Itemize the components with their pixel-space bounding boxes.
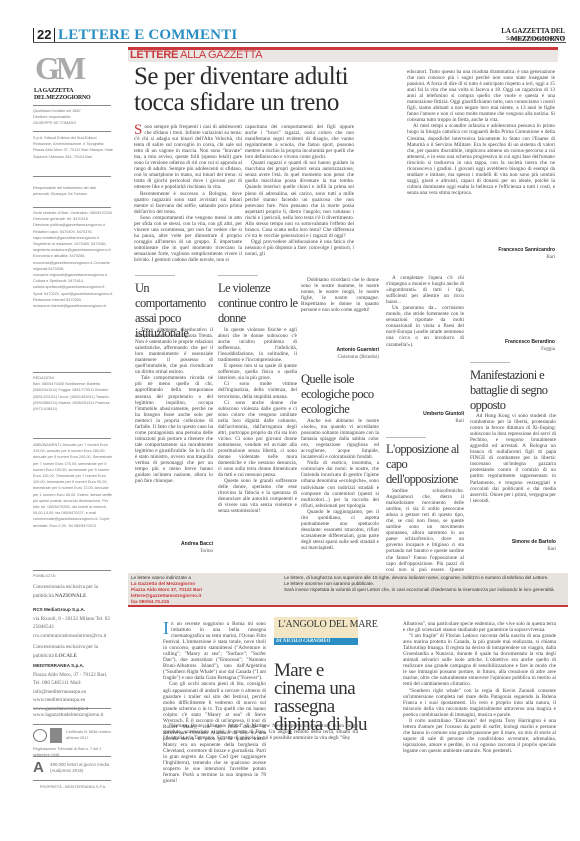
paragraph: "I am fragile" di Florian Ledoux raccont… — [403, 633, 556, 687]
subscriptions-info: ABBONAMENTI: Annuale per 7 numeri Euro 3… — [33, 442, 113, 529]
owner-info: PROPRIETÀ : MEDITERRANEA S.P.A. — [33, 784, 113, 790]
main-letter-col-2: capacitano dei comportamenti dei figli o… — [245, 124, 354, 257]
logo-name: LA GAZZETTA DEL MEZZOGIORNO — [34, 88, 94, 101]
mediterranea-name: MEDITERRANEA S.p.A. — [33, 662, 115, 671]
certificate-info: Certificato N. 8636 relativo all'anno 20… — [66, 729, 116, 741]
paragraph: Ad Hong Kong vi sono studenti che combat… — [470, 413, 556, 504]
paragraph: Queste sono le grandi sofferenze delle d… — [218, 478, 297, 514]
paragraph: Oggi provvedere all'educazione è una fat… — [245, 239, 354, 257]
advertising-national: Concessionaria esclusiva per la pubblici… — [33, 583, 115, 600]
paragraph: Ai miei tempi a scandire infanzia e adol… — [407, 123, 555, 196]
rcs-name: RCS MediaGroup S.p.A. — [33, 606, 115, 615]
letter-5-body: Ad Hong Kong vi sono studenti che combat… — [470, 413, 556, 504]
author-city: Foggia — [470, 346, 555, 353]
privacy-info: Responsabile del trattamento dei dati pe… — [33, 185, 113, 197]
paragraph: ono sempre più frequenti i casi di adole… — [134, 124, 242, 190]
author-name: Francesco Sannicandro — [440, 247, 555, 254]
letters-address: Le lettere vanno indirizzate a La Gazzet… — [131, 575, 202, 605]
rule-privacy: Sarà invece rispettata la volontà di que… — [284, 587, 564, 593]
contacts-info: Sede centrale di Bari: Centralino: 080/5… — [33, 210, 113, 309]
kicker-bold: LETTERE — [130, 49, 178, 61]
letter-1-body: Trovo altamente diseducativo il comporta… — [135, 327, 213, 484]
divider — [218, 275, 258, 276]
letter-3-body-cont: A completare l'opera c'è chi s'impegna a… — [386, 275, 464, 348]
header-rule — [33, 42, 566, 43]
certificate-seal-icon — [33, 729, 47, 742]
kicker: LETTERE ALLA GAZZETTA — [130, 49, 262, 61]
advertising-title: PUBBLICITÀ: — [33, 573, 113, 579]
readership-info: 490.000 lettori al giorno media (Audipre… — [50, 762, 115, 774]
divider — [33, 105, 111, 106]
divider — [135, 275, 175, 276]
divider — [386, 437, 426, 438]
letters-rules: Le lettere, di lunghezza non superiore a… — [284, 575, 564, 593]
divider — [33, 176, 111, 177]
main-letter-col-1: S ono sempre più frequenti i casi di ado… — [134, 124, 242, 263]
divider — [33, 372, 111, 373]
logo-letters: GM — [35, 52, 82, 84]
paragraph: Nulla di esotico, insomma, a cominciare … — [301, 460, 379, 508]
audipress-logo-icon: A — [33, 760, 44, 775]
divider — [33, 438, 111, 439]
author-name: Antonio Guarnieri — [301, 347, 379, 354]
author-city: Cisternino (Brindisi) — [301, 354, 379, 361]
column-headline: Mare e cinema una rassegna dipinta di bl… — [274, 662, 374, 734]
author-name: Simone de Bartolo — [470, 539, 556, 546]
kicker-light: ALLA GAZZETTA — [180, 49, 262, 61]
author-city: Bari — [470, 546, 556, 553]
column-intro: I n un recente soggiorno a Roma mi sono … — [163, 621, 266, 784]
letter-2-body: In queste violenze fisiche e agli abusi … — [218, 327, 297, 514]
author-city: Bari — [440, 254, 555, 261]
dropcap: S — [134, 124, 142, 136]
letter-1-signature: Andrea Bacci Torino — [135, 541, 213, 555]
dropcap: I — [163, 621, 169, 635]
letters-fax: fax 080/54.70.215 — [131, 599, 202, 605]
paragraph: Quando le raggiungiamo, per il rito quot… — [301, 509, 379, 551]
website-link[interactable]: www.lagazzettadelmezzogiorno.it — [33, 711, 115, 720]
divider — [33, 756, 111, 757]
paragraph: Ci sono anche donne che subiscono violen… — [218, 400, 297, 479]
paragraph: Recentemente è successo a Bologna, dove … — [134, 191, 242, 215]
letter-4-signature: Francesco Berardino Foggia — [470, 339, 555, 353]
advertising-local-bold: LOCALE — [55, 653, 77, 659]
letter-3-title: Quelle isole ecologiche poco ecologiche — [301, 372, 381, 417]
mediterranea-block: MEDITERRANEA S.p.A. Piazza Aldo Moro, 37… — [33, 662, 115, 713]
paragraph: "Southern right whale" con la regia di K… — [403, 688, 556, 718]
newspaper-logo: GM — [35, 52, 75, 84]
paragraph: E spesso non si sa quale di queste soffe… — [218, 363, 297, 381]
main-headline: Se per diventare adulti tocca sfidare un… — [134, 64, 394, 116]
letter-2-body-cont: Dobbiamo ricordarci che le donne sono le… — [301, 277, 379, 313]
info-box-bar — [128, 605, 568, 607]
redazioni-block: REDAZIONI Bari: 080/5470430 Nordbarese: … — [33, 375, 113, 412]
director-block: Quotidiano fondato nel 1887 Direttore re… — [33, 108, 113, 127]
divider — [33, 207, 111, 208]
paragraph: n un recente soggiorno a Roma mi sono im… — [163, 621, 266, 681]
author-city: Bari — [386, 418, 464, 425]
fieg-logo-icon — [50, 728, 62, 743]
paragraph: A completare l'opera c'è chi s'impegna a… — [386, 275, 464, 305]
rcs-address: via Rizzoli, 8 - 20132 Milano Tel. 02 25… — [33, 615, 115, 641]
paragraph: In queste violenze fisiche e agli abusi … — [218, 327, 297, 363]
author-city: Torino — [135, 548, 213, 555]
paragraph: Il corto australiano "Emocean" del regis… — [403, 718, 556, 754]
letter-2-title: Le violenze continue contro le donne — [218, 281, 298, 326]
letter-5-signature: Simone de Bartolo Bari — [470, 539, 556, 553]
paragraph: Trovo altamente diseducativo il comporta… — [135, 327, 213, 375]
divider — [470, 362, 510, 363]
letter-5-title: Manifestazioni e battaglie di segno oppo… — [470, 368, 560, 413]
column-author: di NICOLO CARNIMEO — [276, 638, 330, 645]
divider — [33, 708, 111, 709]
column-right: Albatross", una particolare specie endem… — [403, 621, 556, 754]
rcs-block: RCS MediaGroup S.p.A. via Rizzoli, 8 - 2… — [33, 606, 115, 640]
paragraph: educatori. Tutto questo ha una ricaduta … — [407, 69, 555, 123]
advertising-local: Concessionaria esclusiva per la pubblici… — [33, 643, 115, 660]
author-name: Andrea Bacci — [135, 541, 213, 548]
divider — [33, 131, 111, 132]
publisher-info: S.p.A. Edisud Editrice del Sud-Edisud Re… — [33, 135, 113, 160]
paragraph: Anche noi abbiamo le nostre «isole», ma … — [301, 418, 379, 460]
letter-4-title: L'opposizione al capo dell'opposizione — [386, 442, 466, 487]
paragraph: Quanti ragazzi e quanti di noi hanno gui… — [245, 160, 354, 239]
paragraph: Albatross", una particolare specie endem… — [403, 621, 556, 633]
paragraph: Dobbiamo ricordarci che le donne sono le… — [301, 277, 379, 313]
paragraph: capacitano dei comportamenti dei figli o… — [245, 124, 354, 160]
page-number: 22 — [33, 28, 51, 42]
readership-source: (Audipress 2016) — [50, 768, 83, 773]
main-letter-signature: Francesco Sannicandro Bari — [440, 247, 555, 261]
divider — [33, 724, 111, 725]
divider — [33, 780, 111, 781]
main-letter-col-3: educatori. Tutto questo ha una ricaduta … — [407, 69, 555, 196]
paragraph: Ci sono molte vittime dell'ingiustizia, … — [218, 381, 297, 399]
logo-name-line-2: DEL MEZZOGIORNO — [34, 95, 94, 102]
divider — [33, 570, 111, 571]
readership-count: 490.000 lettori al giorno media — [50, 762, 109, 767]
redazioni-list: Bari: 080/5470430 Nordbarese: Barletta (… — [33, 381, 113, 412]
advertising-national-bold: NAZIONALE — [55, 593, 86, 599]
letter-3-body: Anche noi abbiamo le nostre «isole», ma … — [301, 418, 379, 551]
mediterranea-address: Piazza Aldo Moro, 37 - 70122 Bari. Tel. … — [33, 671, 115, 714]
author-name: Umberto Giuntoli — [386, 411, 464, 418]
paragraph: Un panorama da... corrisismo mondo, che … — [386, 305, 464, 347]
paragraph: Sono comportamenti che vengono messi in … — [134, 215, 242, 263]
paragraph: Tale comportamento ricorda né più né men… — [135, 375, 213, 484]
author-name: Francesco Berardino — [470, 339, 555, 346]
director-name: GIUSEPPE DE TOMASO — [33, 120, 113, 126]
letter-2-signature: Antonio Guarnieri Cisternino (Brindisi) — [301, 347, 379, 361]
rubric-title: L'Angolo del mare — [278, 619, 378, 630]
letter-3-signature: Umberto Giuntoli Bari — [386, 411, 464, 425]
